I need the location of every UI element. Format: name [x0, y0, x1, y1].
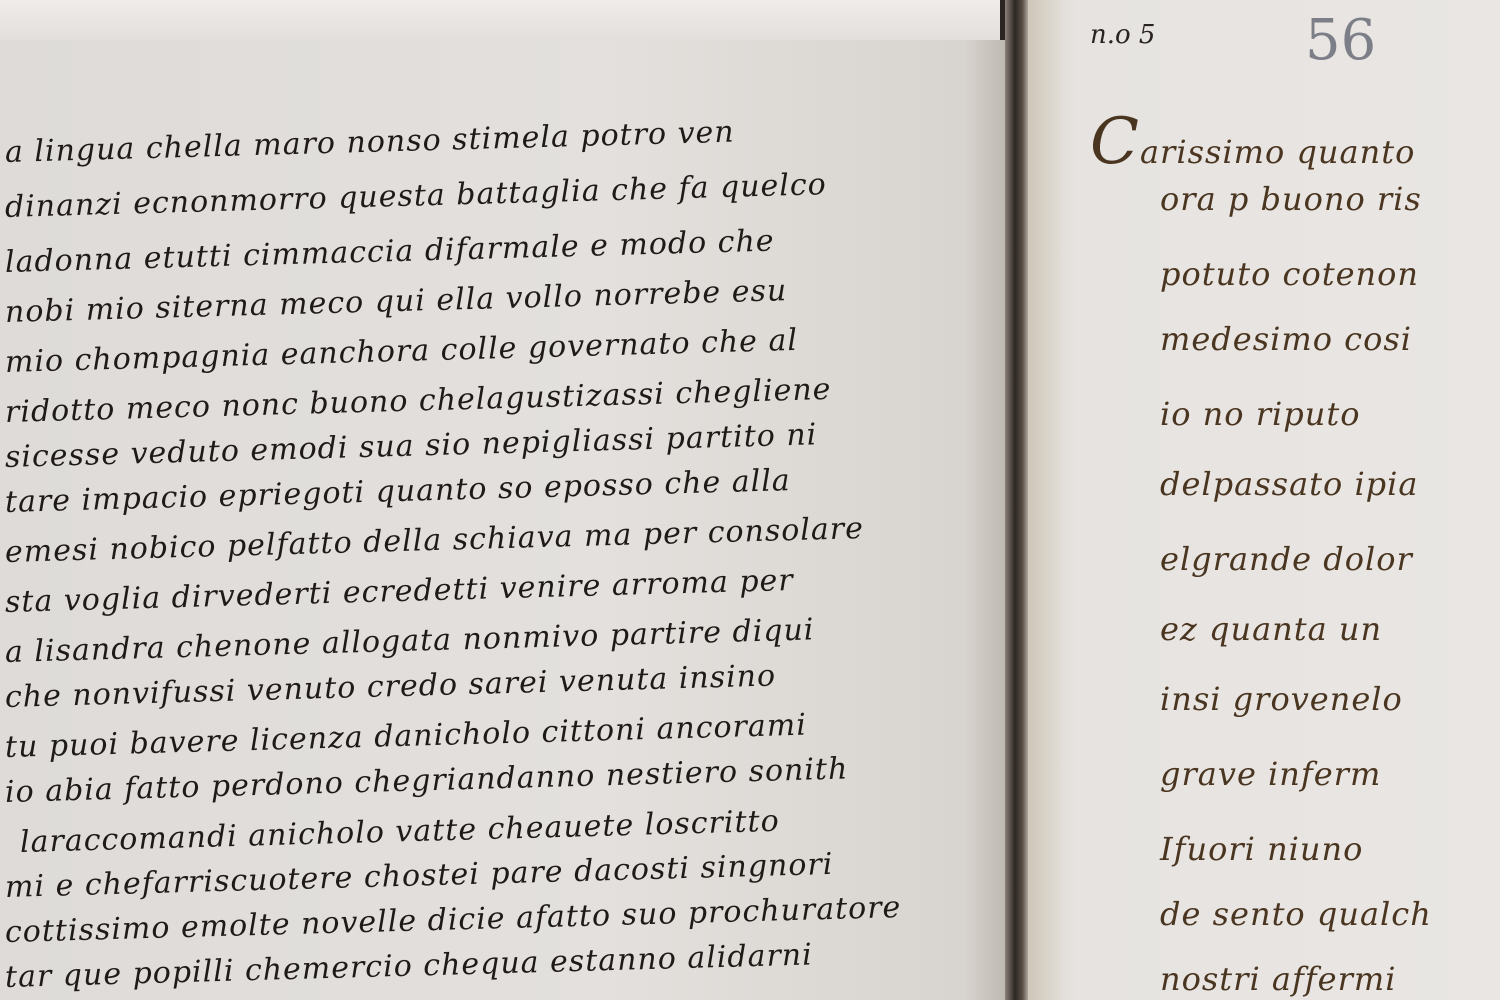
folio-number: 56 [1305, 8, 1376, 73]
line-text: arissimo quanto [1140, 133, 1415, 171]
manuscript-line: nostri affermi [1160, 960, 1396, 998]
manuscript-line: de sento qualch [1160, 895, 1432, 933]
manuscript-line: io no riputo [1160, 395, 1360, 433]
left-manuscript-page: a lingua chella maro nonso stimela potro… [0, 40, 1015, 1000]
manuscript-line: sta voglia dirvederti ecredetti venire a… [5, 563, 795, 620]
manuscript-line: grave inferm [1160, 755, 1381, 793]
manuscript-line: ez quanta un [1160, 610, 1382, 648]
manuscript-line: emesi nobico pelfatto della schiava ma p… [5, 511, 865, 570]
manuscript-line: nobi mio siterna meco qui ella vollo nor… [5, 273, 788, 330]
manuscript-line: mio chompagnia eanchora colle governato … [5, 323, 799, 380]
manuscript-line: elgrande dolor [1160, 540, 1413, 578]
manuscript-line: dinanzi ecnonmorro questa battaglia che … [5, 167, 828, 225]
manuscript-line: ladonna etutti cimmaccia difarmale e mod… [5, 224, 775, 280]
book-gutter [1005, 0, 1030, 1000]
manuscript-line: ora p buono ris [1160, 180, 1422, 218]
manuscript-line: che nonvifussi venuto credo sarei venuta… [5, 658, 777, 715]
manuscript-line: potuto cotenon [1160, 255, 1419, 293]
decorated-initial: C [1090, 105, 1140, 179]
page-edge [1028, 0, 1060, 1000]
manuscript-line: Ifuori niuno [1160, 830, 1363, 868]
manuscript-line: a lingua chella maro nonso stimela potro… [5, 115, 736, 170]
manuscript-line: insi grovenelo [1160, 680, 1403, 718]
manuscript-line: delpassato ipia [1160, 465, 1418, 503]
manuscript-line: Carissimo quanto [1090, 110, 1415, 174]
manuscript-line: medesimo cosi [1160, 320, 1412, 358]
archival-note: n.o 5 [1090, 20, 1155, 50]
